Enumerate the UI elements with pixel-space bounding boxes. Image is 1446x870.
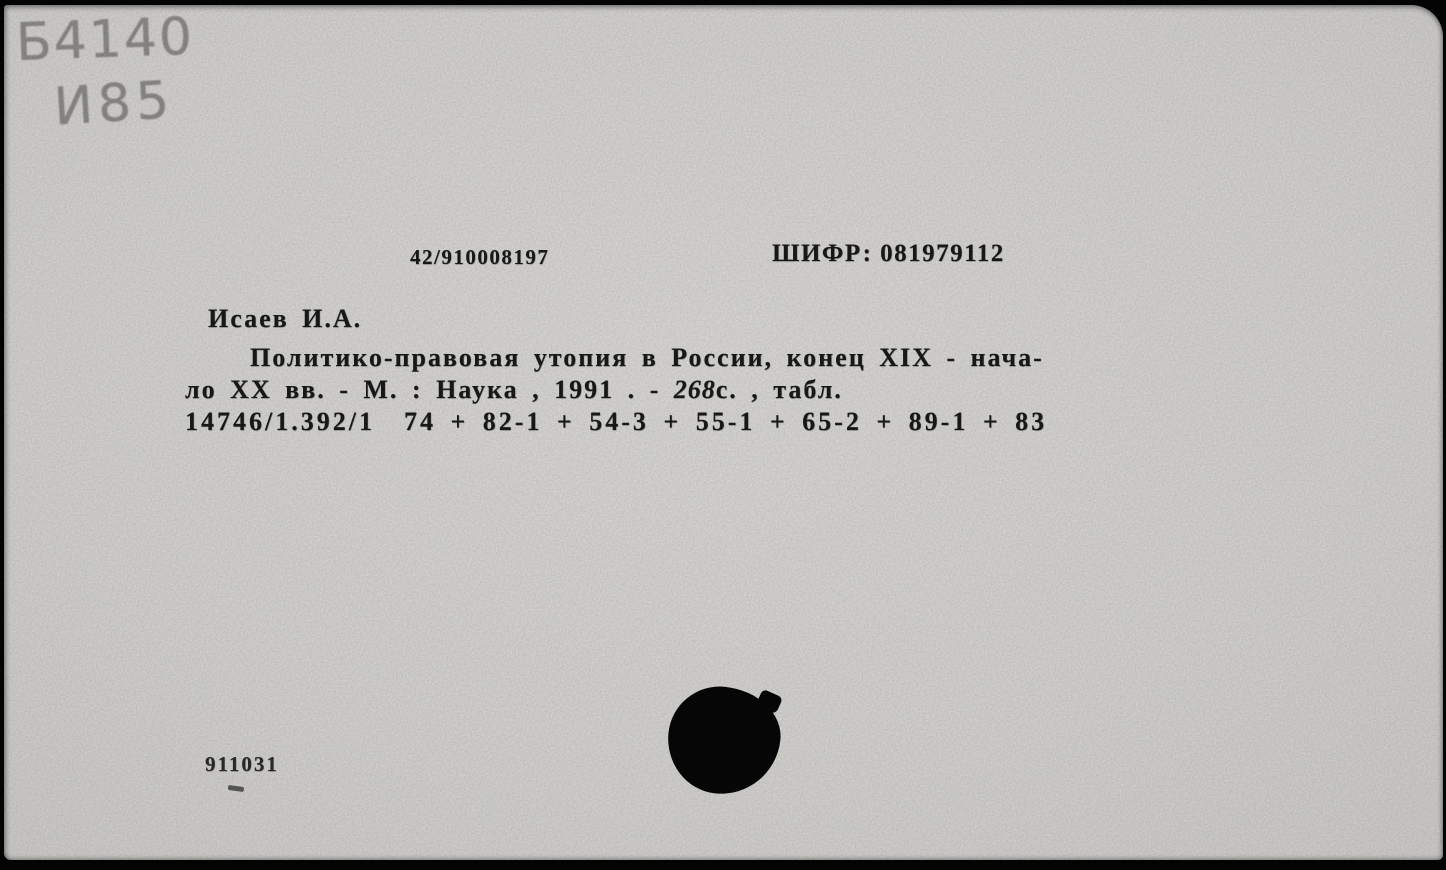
title-line-2: ло XX вв. - М. : Наука , 1991 . - 268с. … bbox=[185, 374, 1285, 406]
title-line-2-prefix: ло XX вв. - М. : Наука , 1991 . - bbox=[185, 375, 674, 404]
title-line-1: Политико-правовая утопия в России, конец… bbox=[185, 342, 1285, 374]
handwritten-author-mark: И85 bbox=[52, 70, 176, 137]
catalog-card-scan: Б4140 И85 42/910008197 ШИФР: 081979112 И… bbox=[0, 0, 1446, 870]
cipher-code: ШИФР: 081979112 bbox=[772, 240, 1005, 268]
handwritten-page-count: 268 bbox=[674, 375, 716, 404]
date-stamp: 911031 bbox=[205, 752, 279, 777]
title-line-2-suffix: с. , табл. bbox=[716, 375, 843, 404]
author-name: Исаев И.А. bbox=[185, 303, 1285, 335]
holdings-line: 14746/1.392/1 74 + 82-1 + 54-3 + 55-1 + … bbox=[185, 406, 1285, 438]
bibliographic-record: Исаев И.А. Политико-правовая утопия в Ро… bbox=[185, 303, 1285, 438]
accession-number: 42/910008197 bbox=[410, 245, 549, 270]
handwritten-call-number: Б4140 bbox=[15, 7, 195, 73]
